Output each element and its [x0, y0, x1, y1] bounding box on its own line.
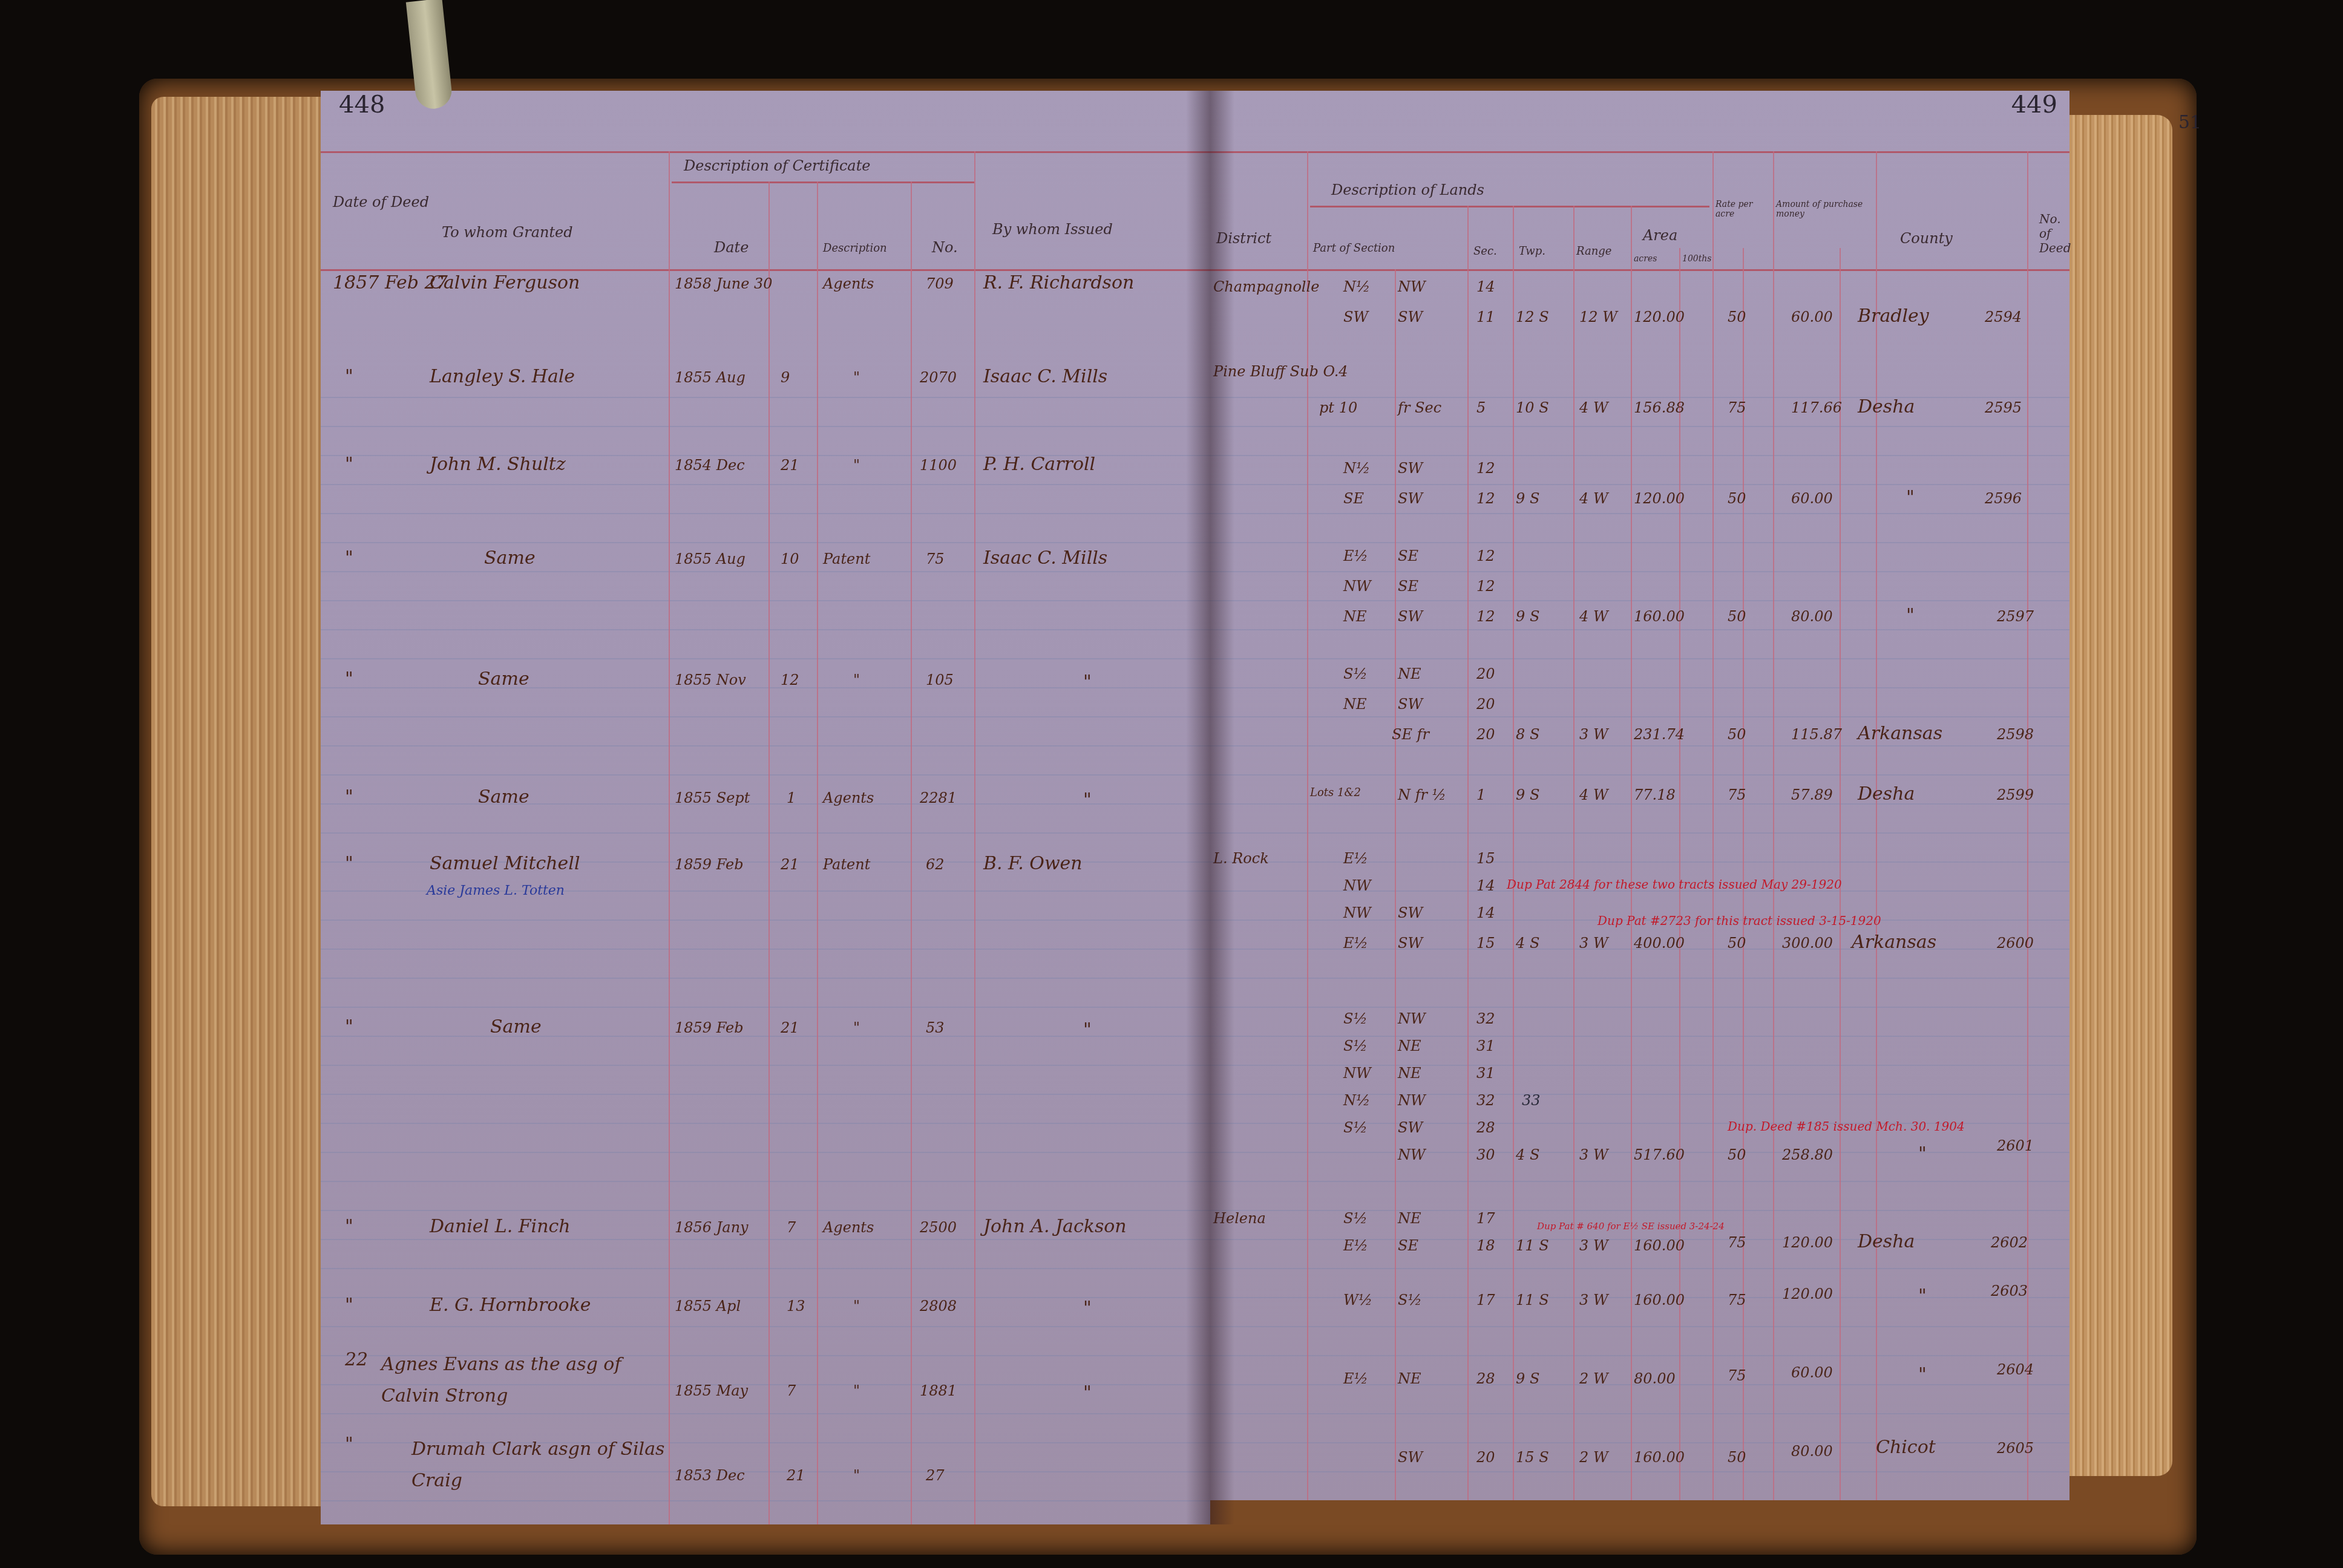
- cert-no: 2808: [920, 1298, 957, 1315]
- cert-desc: ": [853, 1382, 860, 1399]
- land-sec: 18: [1476, 1237, 1495, 1254]
- book-gutter: [1186, 91, 1234, 1524]
- land-area: 160.00: [1634, 1449, 1685, 1466]
- cert-day: 7: [787, 1382, 796, 1399]
- land-range: 3 W: [1579, 1146, 1608, 1163]
- right-page-edges: [2069, 115, 2172, 1476]
- issued-by: ": [1083, 1382, 1092, 1403]
- cert-no: 1100: [920, 457, 957, 474]
- left-page-edges: [151, 97, 321, 1506]
- deed-date: ": [345, 547, 353, 569]
- cert-desc: ": [853, 1467, 860, 1484]
- land-sec: 31: [1476, 1037, 1495, 1054]
- cert-no: 709: [926, 275, 954, 292]
- header-sec: Sec.: [1473, 245, 1497, 258]
- land-area: 160.00: [1634, 608, 1685, 625]
- land-section: N fr ½: [1398, 786, 1446, 803]
- deed-date: ": [345, 1016, 353, 1037]
- grantee: E. G. Hornbrooke: [430, 1295, 591, 1316]
- land-twp: 8 S: [1516, 726, 1539, 743]
- deed-no: 2600: [1997, 935, 2034, 952]
- land-part: S½: [1343, 1010, 1368, 1027]
- land-area: 160.00: [1634, 1237, 1685, 1254]
- land-part: SE: [1343, 490, 1364, 507]
- land-area: 517.60: [1634, 1146, 1685, 1163]
- land-section: NE: [1398, 1065, 1421, 1082]
- cert-day: 1: [787, 789, 796, 806]
- land-part: E½: [1343, 547, 1368, 564]
- amount: 120.00: [1782, 1285, 1833, 1302]
- county: Arkansas: [1852, 932, 1936, 953]
- header-acres: acres: [1634, 254, 1657, 264]
- cert-date: 1855 Sept: [675, 789, 750, 806]
- land-part: pt 10: [1319, 399, 1357, 416]
- land-range: 4 W: [1579, 786, 1608, 803]
- rate: 50: [1728, 608, 1746, 625]
- deed-no: 2604: [1997, 1361, 2034, 1378]
- county: Arkansas: [1858, 723, 1942, 744]
- rate: 75: [1728, 1367, 1746, 1384]
- land-sec: 1: [1476, 786, 1486, 803]
- land-area: 80.00: [1634, 1370, 1676, 1387]
- county: ": [1918, 1364, 1927, 1385]
- col-rule: [1840, 248, 1841, 1500]
- land-twp: 9 S: [1516, 608, 1539, 625]
- land-sec: 20: [1476, 726, 1495, 743]
- grantee: Same: [490, 1016, 542, 1037]
- land-sec: 20: [1476, 696, 1495, 713]
- amount: 60.00: [1791, 309, 1833, 325]
- amount: 80.00: [1791, 608, 1833, 625]
- header-cert-date: Date: [714, 239, 749, 256]
- land-sec: 17: [1476, 1210, 1495, 1227]
- land-sec: 14: [1476, 278, 1495, 295]
- land-range: 3 W: [1579, 1292, 1608, 1308]
- land-section: SW: [1398, 309, 1423, 325]
- deed-date: ": [345, 1295, 353, 1316]
- grantee: Daniel L. Finch: [430, 1216, 571, 1237]
- land-section: SE: [1398, 1237, 1418, 1254]
- index-tab-number: 51: [2178, 112, 2201, 133]
- land-twp: 10 S: [1516, 399, 1549, 416]
- cert-desc: Patent: [823, 550, 870, 567]
- land-sec: 20: [1476, 665, 1495, 682]
- rate: 75: [1728, 1234, 1746, 1251]
- deed-no: 2598: [1997, 726, 2034, 743]
- land-part: NW: [1343, 904, 1371, 921]
- issued-by: ": [1083, 671, 1092, 693]
- land-part: NE: [1343, 696, 1367, 713]
- deed-no: 2603: [1991, 1282, 2028, 1299]
- land-section: NE: [1398, 1037, 1421, 1054]
- cert-desc: Patent: [823, 856, 870, 873]
- cert-desc: Agents: [823, 1219, 874, 1236]
- grantee: Agnes Evans as the asg of Calvin Strong: [381, 1349, 666, 1412]
- cert-no: 53: [926, 1019, 945, 1036]
- cert-no: 62: [926, 856, 945, 873]
- cert-day: 7: [787, 1219, 796, 1236]
- left-page: 448 Date of Deed To whom Granted Descrip…: [321, 91, 1210, 1524]
- land-section: SW: [1398, 490, 1423, 507]
- cert-desc: ": [853, 671, 860, 688]
- amount: 117.66: [1791, 399, 1842, 416]
- land-area: 120.00: [1634, 309, 1685, 325]
- land-section: NE: [1398, 1370, 1421, 1387]
- land-sec: 20: [1476, 1449, 1495, 1466]
- deed-date: ": [345, 1216, 353, 1237]
- deed-date: ": [345, 786, 353, 808]
- col-rule: [1743, 248, 1744, 1500]
- land-range: 4 W: [1579, 608, 1608, 625]
- issued-by: John A. Jackson: [983, 1216, 1127, 1237]
- issued-by: ": [1083, 1298, 1092, 1319]
- col-rule: [1631, 206, 1632, 1500]
- issued-by: R. F. Richardson: [983, 272, 1134, 293]
- land-part: E½: [1343, 1237, 1368, 1254]
- land-part: Lots 1&2: [1310, 786, 1361, 799]
- amount: 115.87: [1791, 726, 1842, 743]
- land-sec: 5: [1476, 399, 1486, 416]
- grantee: John M. Shultz: [430, 454, 566, 475]
- land-sec: 12: [1476, 608, 1495, 625]
- header-amount-of-purchase-money: Amount of purchase money: [1776, 200, 1873, 219]
- header-rule: [321, 269, 1210, 271]
- amount: 60.00: [1791, 490, 1833, 507]
- col-rule: [817, 181, 818, 1524]
- land-twp: 12 S: [1516, 309, 1549, 325]
- cert-no: 2070: [920, 369, 957, 386]
- land-sec: 28: [1476, 1119, 1495, 1136]
- rate: 50: [1728, 726, 1746, 743]
- land-area: 156.88: [1634, 399, 1685, 416]
- land-sec: 15: [1476, 850, 1495, 867]
- cert-desc: ": [853, 1298, 860, 1315]
- cert-subheader-rule: [672, 181, 974, 183]
- lands-subheader-rule: [1310, 206, 1709, 207]
- issued-by: Isaac C. Mills: [983, 366, 1107, 387]
- header-range: Range: [1576, 245, 1611, 258]
- land-sec: 30: [1476, 1146, 1495, 1163]
- left-page-number: 448: [339, 91, 385, 119]
- rate: 75: [1728, 399, 1746, 416]
- header-part-of-section: Part of Section: [1313, 242, 1395, 255]
- land-section: NW: [1398, 1010, 1426, 1027]
- issued-by: P. H. Carroll: [983, 454, 1095, 475]
- header-date-of-deed: Date of Deed: [333, 194, 429, 211]
- land-part: S½: [1343, 1037, 1368, 1054]
- land-range: 3 W: [1579, 935, 1608, 952]
- header-no-of-deed: No. of Deed: [2039, 212, 2076, 255]
- county: Bradley: [1858, 305, 1929, 327]
- cert-no: 27: [926, 1467, 945, 1484]
- land-section: SE: [1398, 547, 1418, 564]
- rate: 50: [1728, 490, 1746, 507]
- col-rule: [1773, 151, 1774, 1500]
- grantee: Langley S. Hale: [430, 366, 575, 387]
- cert-date: 1853 Dec: [675, 1467, 745, 1484]
- col-rule: [1712, 151, 1714, 1500]
- col-rule: [1573, 206, 1575, 1500]
- land-part: N½: [1343, 460, 1370, 477]
- land-section: NW: [1398, 1146, 1426, 1163]
- col-rule: [1876, 151, 1877, 1500]
- header-description-of-certificate: Description of Certificate: [684, 157, 871, 174]
- duplicate-deed-note: Dup. Deed #185 issued Mch. 30. 1904: [1728, 1119, 1965, 1134]
- correction-note: 33: [1522, 1092, 1541, 1109]
- land-section: NW: [1398, 278, 1426, 295]
- land-part: SW: [1343, 309, 1368, 325]
- col-rule: [1307, 151, 1308, 1500]
- cert-date: 1855 Apl: [675, 1298, 741, 1315]
- header-hundredths: 100ths: [1682, 254, 1712, 264]
- deed-no: 2605: [1997, 1440, 2034, 1457]
- land-range: 4 W: [1579, 399, 1608, 416]
- land-part: N½: [1343, 278, 1370, 295]
- cert-date: 1855 Aug: [675, 550, 745, 567]
- land-sec: 28: [1476, 1370, 1495, 1387]
- amount: 300.00: [1782, 935, 1833, 952]
- header-by-whom-issued: By whom Issued: [992, 221, 1113, 238]
- col-rule: [1513, 206, 1514, 1500]
- right-page: 449 District Description of Lands Part o…: [1210, 91, 2069, 1500]
- land-part: E½: [1343, 1370, 1368, 1387]
- land-sec: 32: [1476, 1092, 1495, 1109]
- land-sec: 32: [1476, 1010, 1495, 1027]
- cert-date: 1854 Dec: [675, 457, 745, 474]
- cert-desc: Agents: [823, 789, 874, 806]
- land-area: 120.00: [1634, 490, 1685, 507]
- amount: 60.00: [1791, 1364, 1833, 1381]
- land-section: SE fr: [1392, 726, 1429, 743]
- land-sec: 14: [1476, 877, 1495, 894]
- county: Desha: [1858, 783, 1915, 805]
- land-sec: 12: [1476, 578, 1495, 595]
- land-sec: 12: [1476, 547, 1495, 564]
- col-rule: [1395, 269, 1396, 1500]
- land-area: 400.00: [1634, 935, 1685, 952]
- deed-no: 2601: [1997, 1137, 2034, 1154]
- land-section: SW: [1398, 608, 1423, 625]
- col-rule: [1679, 248, 1680, 1500]
- land-twp: 4 S: [1516, 1146, 1539, 1163]
- land-sec: 12: [1476, 460, 1495, 477]
- county: ": [1906, 605, 1915, 626]
- assignee-note: Asie James L. Totten: [427, 883, 565, 898]
- cert-day: 21: [787, 1467, 805, 1484]
- top-rule: [1210, 151, 2069, 153]
- land-twp: 11 S: [1516, 1237, 1549, 1254]
- duplicate-patent-note: Dup Pat #2723 for this tract issued 3-15…: [1597, 913, 1881, 928]
- land-section: SW: [1398, 1119, 1423, 1136]
- duplicate-patent-note: Dup Pat 2844 for these two tracts issued…: [1507, 877, 1842, 892]
- cert-date: 1858 June 30: [675, 275, 773, 292]
- county: Desha: [1858, 396, 1915, 417]
- grantee: Samuel Mitchell: [430, 853, 580, 874]
- land-part: S½: [1343, 1119, 1368, 1136]
- cert-date: 1856 Jany: [675, 1219, 749, 1236]
- land-section: NW: [1398, 1092, 1426, 1109]
- rate: 50: [1728, 1146, 1746, 1163]
- grantee: Same: [484, 547, 536, 569]
- deed-no: 2597: [1997, 608, 2034, 625]
- header-to-whom-granted: To whom Granted: [442, 224, 573, 241]
- header-cert-description: Description: [823, 242, 887, 255]
- land-part: E½: [1343, 935, 1368, 952]
- land-section: NE: [1398, 1210, 1421, 1227]
- cert-desc: ": [853, 1019, 860, 1036]
- cert-date: 1855 Aug: [675, 369, 745, 386]
- land-section: SE: [1398, 578, 1418, 595]
- land-range: 4 W: [1579, 490, 1608, 507]
- land-sec: 11: [1476, 309, 1495, 325]
- land-range: 12 W: [1579, 309, 1617, 325]
- land-twp: 9 S: [1516, 490, 1539, 507]
- land-part: S½: [1343, 665, 1368, 682]
- grantee: Calvin Ferguson: [430, 272, 580, 293]
- cert-desc: Agents: [823, 275, 874, 292]
- land-twp: 9 S: [1516, 786, 1539, 803]
- land-area: 77.18: [1634, 786, 1676, 803]
- grantee: Drumah Clark asgn of Silas Craig: [411, 1434, 666, 1497]
- deed-no: 2599: [1997, 786, 2034, 803]
- land-range: 2 W: [1579, 1449, 1608, 1466]
- deed-no: 2594: [1985, 309, 2022, 325]
- cert-no: 75: [926, 550, 945, 567]
- land-range: 3 W: [1579, 726, 1608, 743]
- amount: 57.89: [1791, 786, 1833, 803]
- cert-date: 1855 May: [675, 1382, 748, 1399]
- land-part: E½: [1343, 850, 1368, 867]
- land-section: SW: [1398, 935, 1423, 952]
- header-area: Area: [1643, 227, 1677, 244]
- land-sec: 12: [1476, 490, 1495, 507]
- rate: 50: [1728, 1449, 1746, 1466]
- land-sec: 14: [1476, 904, 1495, 921]
- land-area: 231.74: [1634, 726, 1685, 743]
- cert-no: 105: [926, 671, 954, 688]
- land-range: 3 W: [1579, 1237, 1608, 1254]
- land-section: SW: [1398, 1449, 1423, 1466]
- land-area: 160.00: [1634, 1292, 1685, 1308]
- cert-desc: ": [853, 457, 860, 474]
- land-twp: 15 S: [1516, 1449, 1549, 1466]
- deed-no: 2595: [1985, 399, 2022, 416]
- land-twp: 9 S: [1516, 1370, 1539, 1387]
- land-section: SW: [1398, 904, 1423, 921]
- issued-by: ": [1083, 789, 1092, 811]
- grantee: Same: [478, 668, 529, 690]
- cert-day: 13: [787, 1298, 805, 1315]
- land-section: SW: [1398, 696, 1423, 713]
- land-sec: 15: [1476, 935, 1495, 952]
- land-part: NW: [1343, 1065, 1371, 1082]
- grantee: Same: [478, 786, 529, 808]
- amount: 120.00: [1782, 1234, 1833, 1251]
- rate: 50: [1728, 309, 1746, 325]
- duplicate-patent-note: Dup Pat # 640 for E½ SE issued 3-24-24: [1537, 1221, 1725, 1232]
- cert-date: 1859 Feb: [675, 856, 744, 873]
- rate: 75: [1728, 1292, 1746, 1308]
- land-section: NE: [1398, 665, 1421, 682]
- land-section: S½: [1398, 1292, 1422, 1308]
- header-rate-per-acre: Rate per acre: [1715, 200, 1770, 219]
- deed-date: ": [345, 366, 353, 387]
- top-rule: [321, 151, 1210, 153]
- cert-day: 21: [781, 457, 799, 474]
- land-part: S½: [1343, 1210, 1368, 1227]
- cert-date: 1855 Nov: [675, 671, 746, 688]
- deed-date: ": [345, 1434, 353, 1455]
- header-cert-no: No.: [932, 239, 958, 256]
- cert-date: 1859 Feb: [675, 1019, 744, 1036]
- cert-day: 12: [781, 671, 799, 688]
- county: ": [1918, 1143, 1927, 1165]
- cert-no: 2281: [920, 789, 957, 806]
- land-part: W½: [1343, 1292, 1372, 1308]
- cert-desc: ": [853, 369, 860, 386]
- land-part: NW: [1343, 578, 1371, 595]
- county: ": [1918, 1285, 1927, 1307]
- right-page-number: 449: [2011, 91, 2057, 119]
- header-county: County: [1900, 230, 1953, 247]
- header-twp: Twp.: [1519, 245, 1545, 258]
- cert-no: 1881: [920, 1382, 957, 1399]
- land-section: fr Sec: [1398, 399, 1441, 416]
- land-twp: 4 S: [1516, 935, 1539, 952]
- land-part: NW: [1343, 877, 1371, 894]
- header-description-of-lands: Description of Lands: [1331, 181, 1484, 198]
- deed-date: ": [345, 668, 353, 690]
- col-rule: [1467, 206, 1469, 1500]
- land-section: SW: [1398, 460, 1423, 477]
- amount: 258.80: [1782, 1146, 1833, 1163]
- county: ": [1906, 487, 1915, 508]
- land-sec: 17: [1476, 1292, 1495, 1308]
- deed-date: ": [345, 853, 353, 874]
- rate: 75: [1728, 786, 1746, 803]
- header-rule: [1210, 269, 2069, 271]
- land-part: NE: [1343, 608, 1367, 625]
- deed-date: 22: [345, 1349, 368, 1370]
- deed-no: 2602: [1991, 1234, 2028, 1251]
- amount: 80.00: [1791, 1443, 1833, 1460]
- cert-no: 2500: [920, 1219, 957, 1236]
- land-twp: 11 S: [1516, 1292, 1549, 1308]
- col-rule: [911, 181, 912, 1524]
- county: Chicot: [1876, 1437, 1936, 1458]
- cert-day: 21: [781, 856, 799, 873]
- issued-by: Isaac C. Mills: [983, 547, 1107, 569]
- cert-day: 9: [781, 369, 790, 386]
- county: Desha: [1858, 1231, 1915, 1252]
- issued-by: ": [1083, 1019, 1092, 1040]
- issued-by: B. F. Owen: [983, 853, 1083, 874]
- col-rule: [768, 181, 770, 1524]
- rate: 50: [1728, 935, 1746, 952]
- deed-no: 2596: [1985, 490, 2022, 507]
- land-sec: 31: [1476, 1065, 1495, 1082]
- land-part: N½: [1343, 1092, 1370, 1109]
- deed-date: ": [345, 454, 353, 475]
- cert-day: 21: [781, 1019, 799, 1036]
- land-range: 2 W: [1579, 1370, 1608, 1387]
- col-rule: [974, 151, 975, 1524]
- cert-day: 10: [781, 550, 799, 567]
- col-rule: [669, 151, 670, 1524]
